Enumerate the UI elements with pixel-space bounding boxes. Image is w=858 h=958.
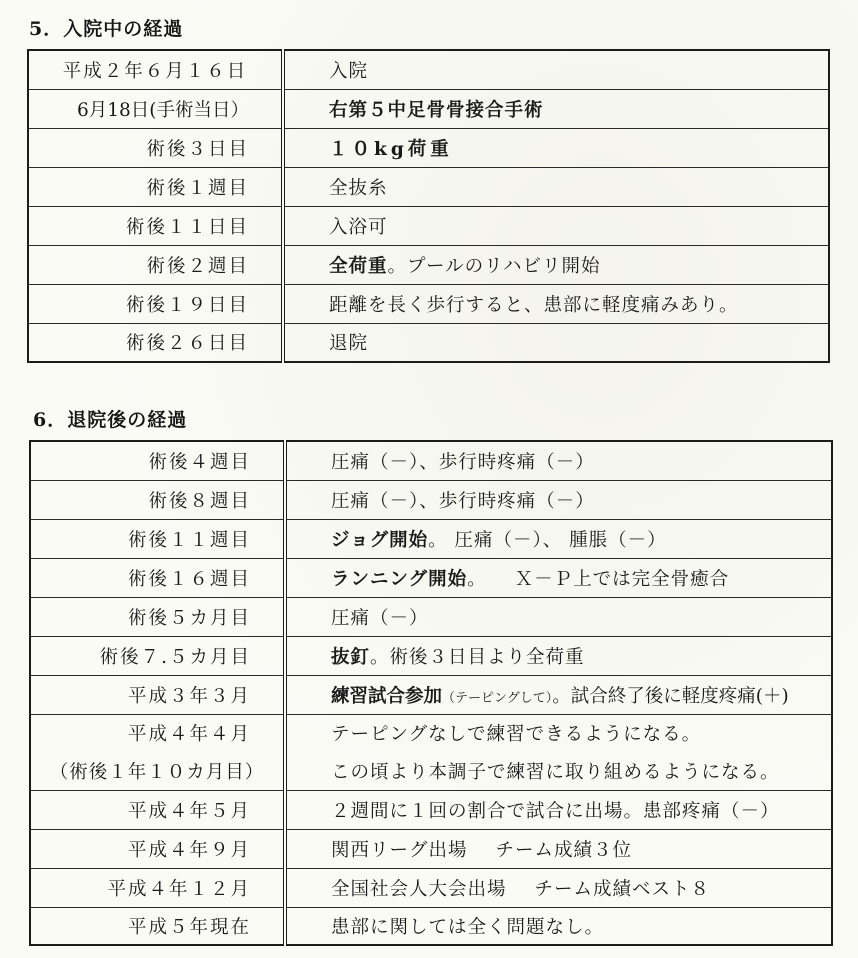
event-emphasis: 抜釘: [331, 647, 370, 668]
event-text: 。プールのリハビリ開始: [388, 256, 601, 277]
row-event: 関西リーグ出場チーム成績３位: [285, 829, 832, 868]
table-row: 平成４年４月 テーピングなしで練習できるようになる。: [30, 714, 832, 752]
row-date: 術後３日目: [28, 128, 283, 167]
event-note: （テーピングして）: [442, 691, 552, 706]
table-row: 平成４年９月 関西リーグ出場チーム成績３位: [30, 829, 832, 868]
row-date: （術後１年１０カ月目）: [30, 752, 285, 790]
row-event: ２週間に１回の割合で試合に出場。患部疼痛（－）: [285, 790, 832, 829]
table-row: 術後１１日目 入浴可: [28, 206, 829, 245]
table-row: 平成４年１２月 全国社会人大会出場チーム成績ベスト８: [30, 868, 832, 907]
row-date: 平成４年４月: [30, 714, 285, 752]
row-event: ジョグ開始。 圧痛（－）、 腫脹（－）: [285, 519, 832, 558]
document-page: 5．入院中の経過 平成２年６月１６日 入院 6月18日(手術当日） 右第５中足骨…: [0, 0, 858, 958]
table-row: 術後５カ月目 圧痛（－）: [30, 597, 832, 636]
event-result: チーム成績３位: [496, 840, 633, 861]
row-date: 平成３年３月: [30, 675, 285, 714]
table-row: 術後７.５カ月目 抜釘。術後３日目より全荷重: [30, 636, 832, 675]
table-row: 術後２６日目 退院: [28, 323, 829, 362]
event-text: 全国社会人大会出場: [331, 879, 507, 900]
event-text: Ｘ－Ｐ上では完全骨癒合: [515, 569, 730, 590]
row-event: 入浴可: [283, 206, 829, 245]
event-result: チーム成績ベスト８: [535, 879, 711, 900]
row-date: 術後７.５カ月目: [30, 636, 285, 675]
row-date: 術後１６週目: [30, 558, 285, 597]
event-text: 。試合終了後に軽度疼痛(＋): [552, 686, 788, 707]
event-text: 。 圧痛（－）、 腫脹（－）: [428, 530, 667, 551]
event-emphasis: ジョグ開始: [331, 530, 428, 551]
row-event: 退院: [283, 323, 829, 362]
row-event: 全国社会人大会出場チーム成績ベスト８: [285, 868, 832, 907]
table-row: 術後３日目 １０kg荷重: [28, 128, 829, 167]
row-date: 6月18日(手術当日）: [28, 89, 283, 128]
section-6-title: 6．退院後の経過: [33, 405, 187, 432]
row-date: 術後１週目: [28, 167, 283, 206]
table-row: 術後１週目 全抜糸: [28, 167, 829, 206]
table-row: 平成２年６月１６日 入院: [28, 50, 829, 89]
table-row: （術後１年１０カ月目） この頃より本調子で練習に取り組めるようになる。: [30, 752, 832, 790]
row-event: 入院: [283, 50, 829, 89]
table-row: 術後８週目 圧痛（－）、歩行時疼痛（－）: [30, 480, 832, 519]
event-emphasis: ランニング開始: [331, 569, 467, 590]
row-date: 平成４年５月: [30, 790, 285, 829]
event-emphasis: 練習試合参加: [331, 686, 442, 707]
event-emphasis: 全荷重: [329, 256, 388, 277]
row-date: 術後８週目: [30, 480, 285, 519]
row-event: テーピングなしで練習できるようになる。: [285, 714, 832, 752]
post-discharge-course-table: 術後４週目 圧痛（－）、歩行時疼痛（－） 術後８週目 圧痛（－）、歩行時疼痛（－…: [29, 440, 833, 946]
table-row: 術後１９日目 距離を長く歩行すると、患部に軽度痛みあり。: [28, 284, 829, 323]
event-text: 。術後３日目より全荷重: [370, 647, 585, 668]
hospital-course-table: 平成２年６月１６日 入院 6月18日(手術当日） 右第５中足骨骨接合手術 術後３…: [27, 49, 830, 363]
row-date: 術後２週目: [28, 245, 283, 284]
row-event: 患部に関しては全く問題なし。: [285, 907, 832, 945]
row-date: 平成２年６月１６日: [28, 50, 283, 89]
row-date: 術後５カ月目: [30, 597, 285, 636]
row-date: 術後１９日目: [28, 284, 283, 323]
row-date: 平成５年現在: [30, 907, 285, 945]
row-event: 圧痛（－）: [285, 597, 832, 636]
table-row: 平成５年現在 患部に関しては全く問題なし。: [30, 907, 832, 945]
row-event: 全抜糸: [283, 167, 829, 206]
row-date: 平成４年１２月: [30, 868, 285, 907]
row-event: 全荷重。プールのリハビリ開始: [283, 245, 829, 284]
table-row: 平成４年５月 ２週間に１回の割合で試合に出場。患部疼痛（－）: [30, 790, 832, 829]
row-event: １０kg荷重: [283, 128, 829, 167]
row-event: この頃より本調子で練習に取り組めるようになる。: [285, 752, 832, 790]
row-date: 術後１１週目: [30, 519, 285, 558]
row-event: 右第５中足骨骨接合手術: [283, 89, 829, 128]
table-row: 平成３年３月 練習試合参加（テーピングして）。試合終了後に軽度疼痛(＋): [30, 675, 832, 714]
row-event: 抜釘。術後３日目より全荷重: [285, 636, 832, 675]
row-event: 圧痛（－）、歩行時疼痛（－）: [285, 441, 832, 480]
row-date: 平成４年９月: [30, 829, 285, 868]
table-row: 術後１１週目 ジョグ開始。 圧痛（－）、 腫脹（－）: [30, 519, 832, 558]
table-row: 6月18日(手術当日） 右第５中足骨骨接合手術: [28, 89, 829, 128]
row-event: 圧痛（－）、歩行時疼痛（－）: [285, 480, 832, 519]
event-punct: 。: [467, 569, 487, 590]
row-date: 術後２６日目: [28, 323, 283, 362]
row-event: 練習試合参加（テーピングして）。試合終了後に軽度疼痛(＋): [285, 675, 832, 714]
row-event: 距離を長く歩行すると、患部に軽度痛みあり。: [283, 284, 829, 323]
table-row: 術後１６週目 ランニング開始。Ｘ－Ｐ上では完全骨癒合: [30, 558, 832, 597]
event-text: 関西リーグ出場: [331, 840, 468, 861]
row-event: ランニング開始。Ｘ－Ｐ上では完全骨癒合: [285, 558, 832, 597]
table-row: 術後４週目 圧痛（－）、歩行時疼痛（－）: [30, 441, 832, 480]
row-date: 術後４週目: [30, 441, 285, 480]
section-5-title: 5．入院中の経過: [29, 14, 183, 41]
row-date: 術後１１日目: [28, 206, 283, 245]
table-row: 術後２週目 全荷重。プールのリハビリ開始: [28, 245, 829, 284]
